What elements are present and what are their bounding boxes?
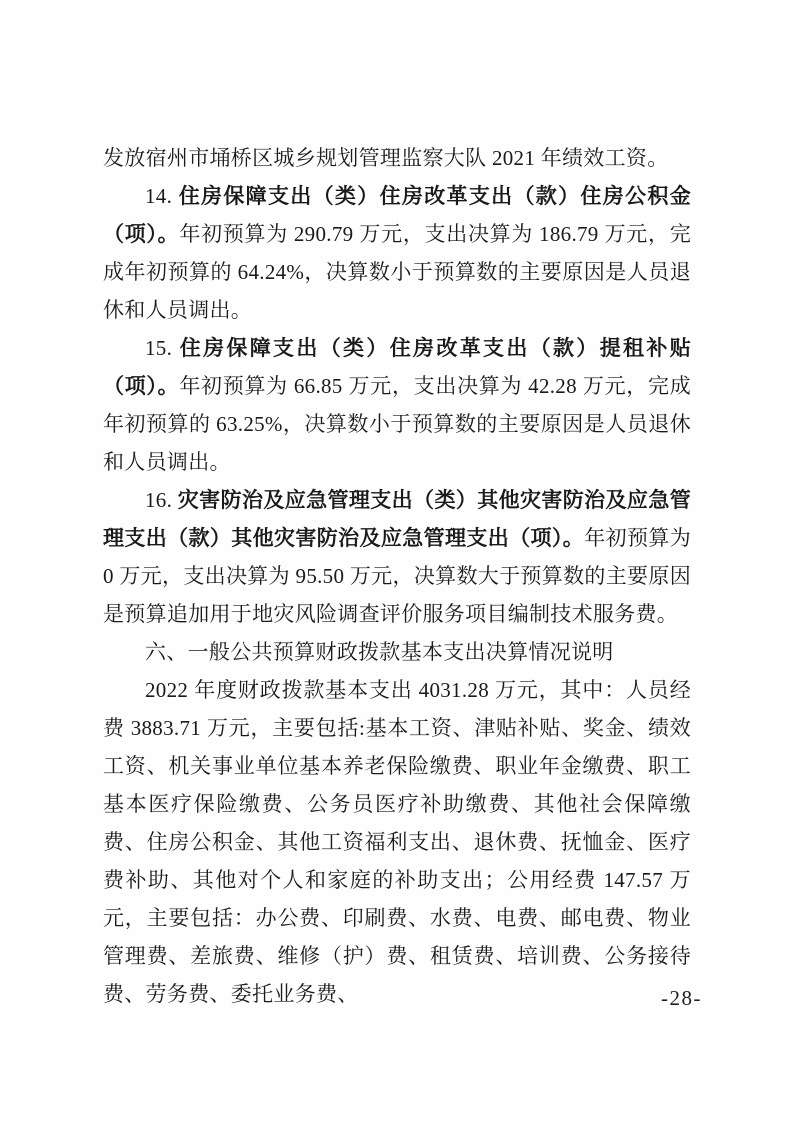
item-15-body: 年初预算为 66.85 万元，支出决算为 42.28 万元，完成年初预算的 63…: [103, 374, 691, 474]
item-14-paragraph: 14. 住房保障支出（类）住房改革支出（款）住房公积金（项）。年初预算为 290…: [103, 177, 691, 329]
paragraph-continuation: 发放宿州市埇桥区城乡规划管理监察大队 2021 年绩效工资。: [103, 139, 691, 177]
item-16-number: 16.: [145, 488, 178, 512]
page-number: -28-: [661, 986, 702, 1011]
document-content: 发放宿州市埇桥区城乡规划管理监察大队 2021 年绩效工资。 14. 住房保障支…: [103, 139, 691, 1013]
item-16-paragraph: 16. 灾害防治及应急管理支出（类）其他灾害防治及应急管理支出（款）其他灾害防治…: [103, 481, 691, 633]
item-14-body: 年初预算为 290.79 万元，支出决算为 186.79 万元，完成年初预算的 …: [103, 222, 691, 322]
item-15-paragraph: 15. 住房保障支出（类）住房改革支出（款）提租补贴（项）。年初预算为 66.8…: [103, 329, 691, 481]
section-six-heading: 六、一般公共预算财政拨款基本支出决算情况说明: [103, 633, 691, 671]
item-15-number: 15.: [145, 336, 180, 360]
item-14-number: 14.: [145, 184, 179, 208]
document-page: 发放宿州市埇桥区城乡规划管理监察大队 2021 年绩效工资。 14. 住房保障支…: [0, 0, 793, 1122]
section-six-body: 2022 年度财政拨款基本支出 4031.28 万元，其中：人员经费 3883.…: [103, 671, 691, 1013]
